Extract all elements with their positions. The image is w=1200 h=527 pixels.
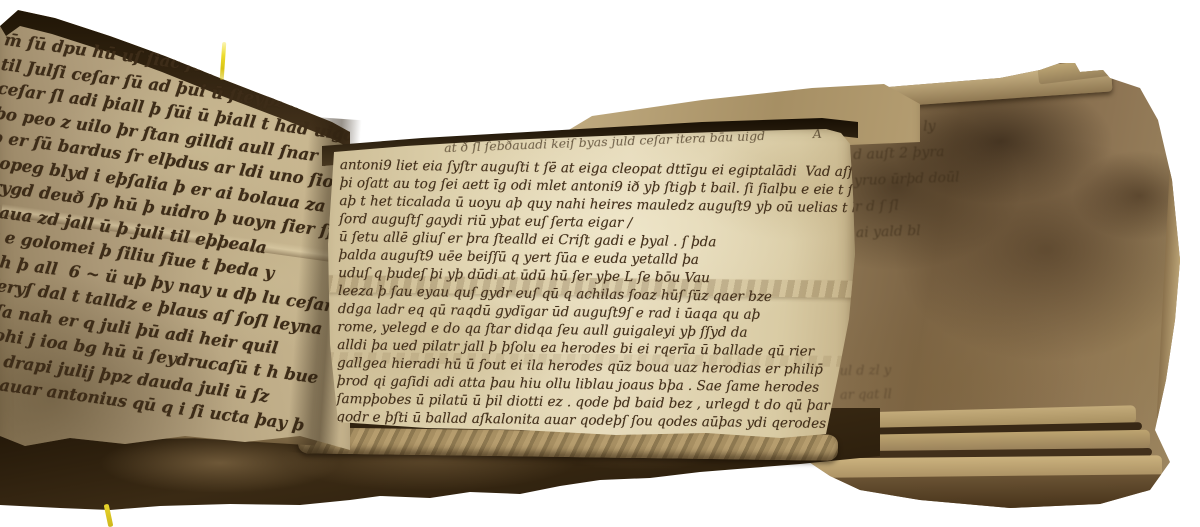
center-leaf: at ð ſl ſebðauadi keiſ byas juld ceſar i…: [326, 124, 856, 446]
yellow-fleck-top: [220, 42, 227, 80]
stack-right-edge-strip: [1174, 180, 1194, 410]
stack-right-edge-strip: [1156, 94, 1190, 424]
manuscript-photo: yr ſta qer lyd auſt 2 þyrayruo ūrþd doūl…: [0, 0, 1200, 527]
stack-bottom-dark-leaf: [826, 474, 1170, 512]
center-leaf-text: antoni9 liet eia ſyſtr auguſti t ſē at e…: [336, 156, 852, 433]
